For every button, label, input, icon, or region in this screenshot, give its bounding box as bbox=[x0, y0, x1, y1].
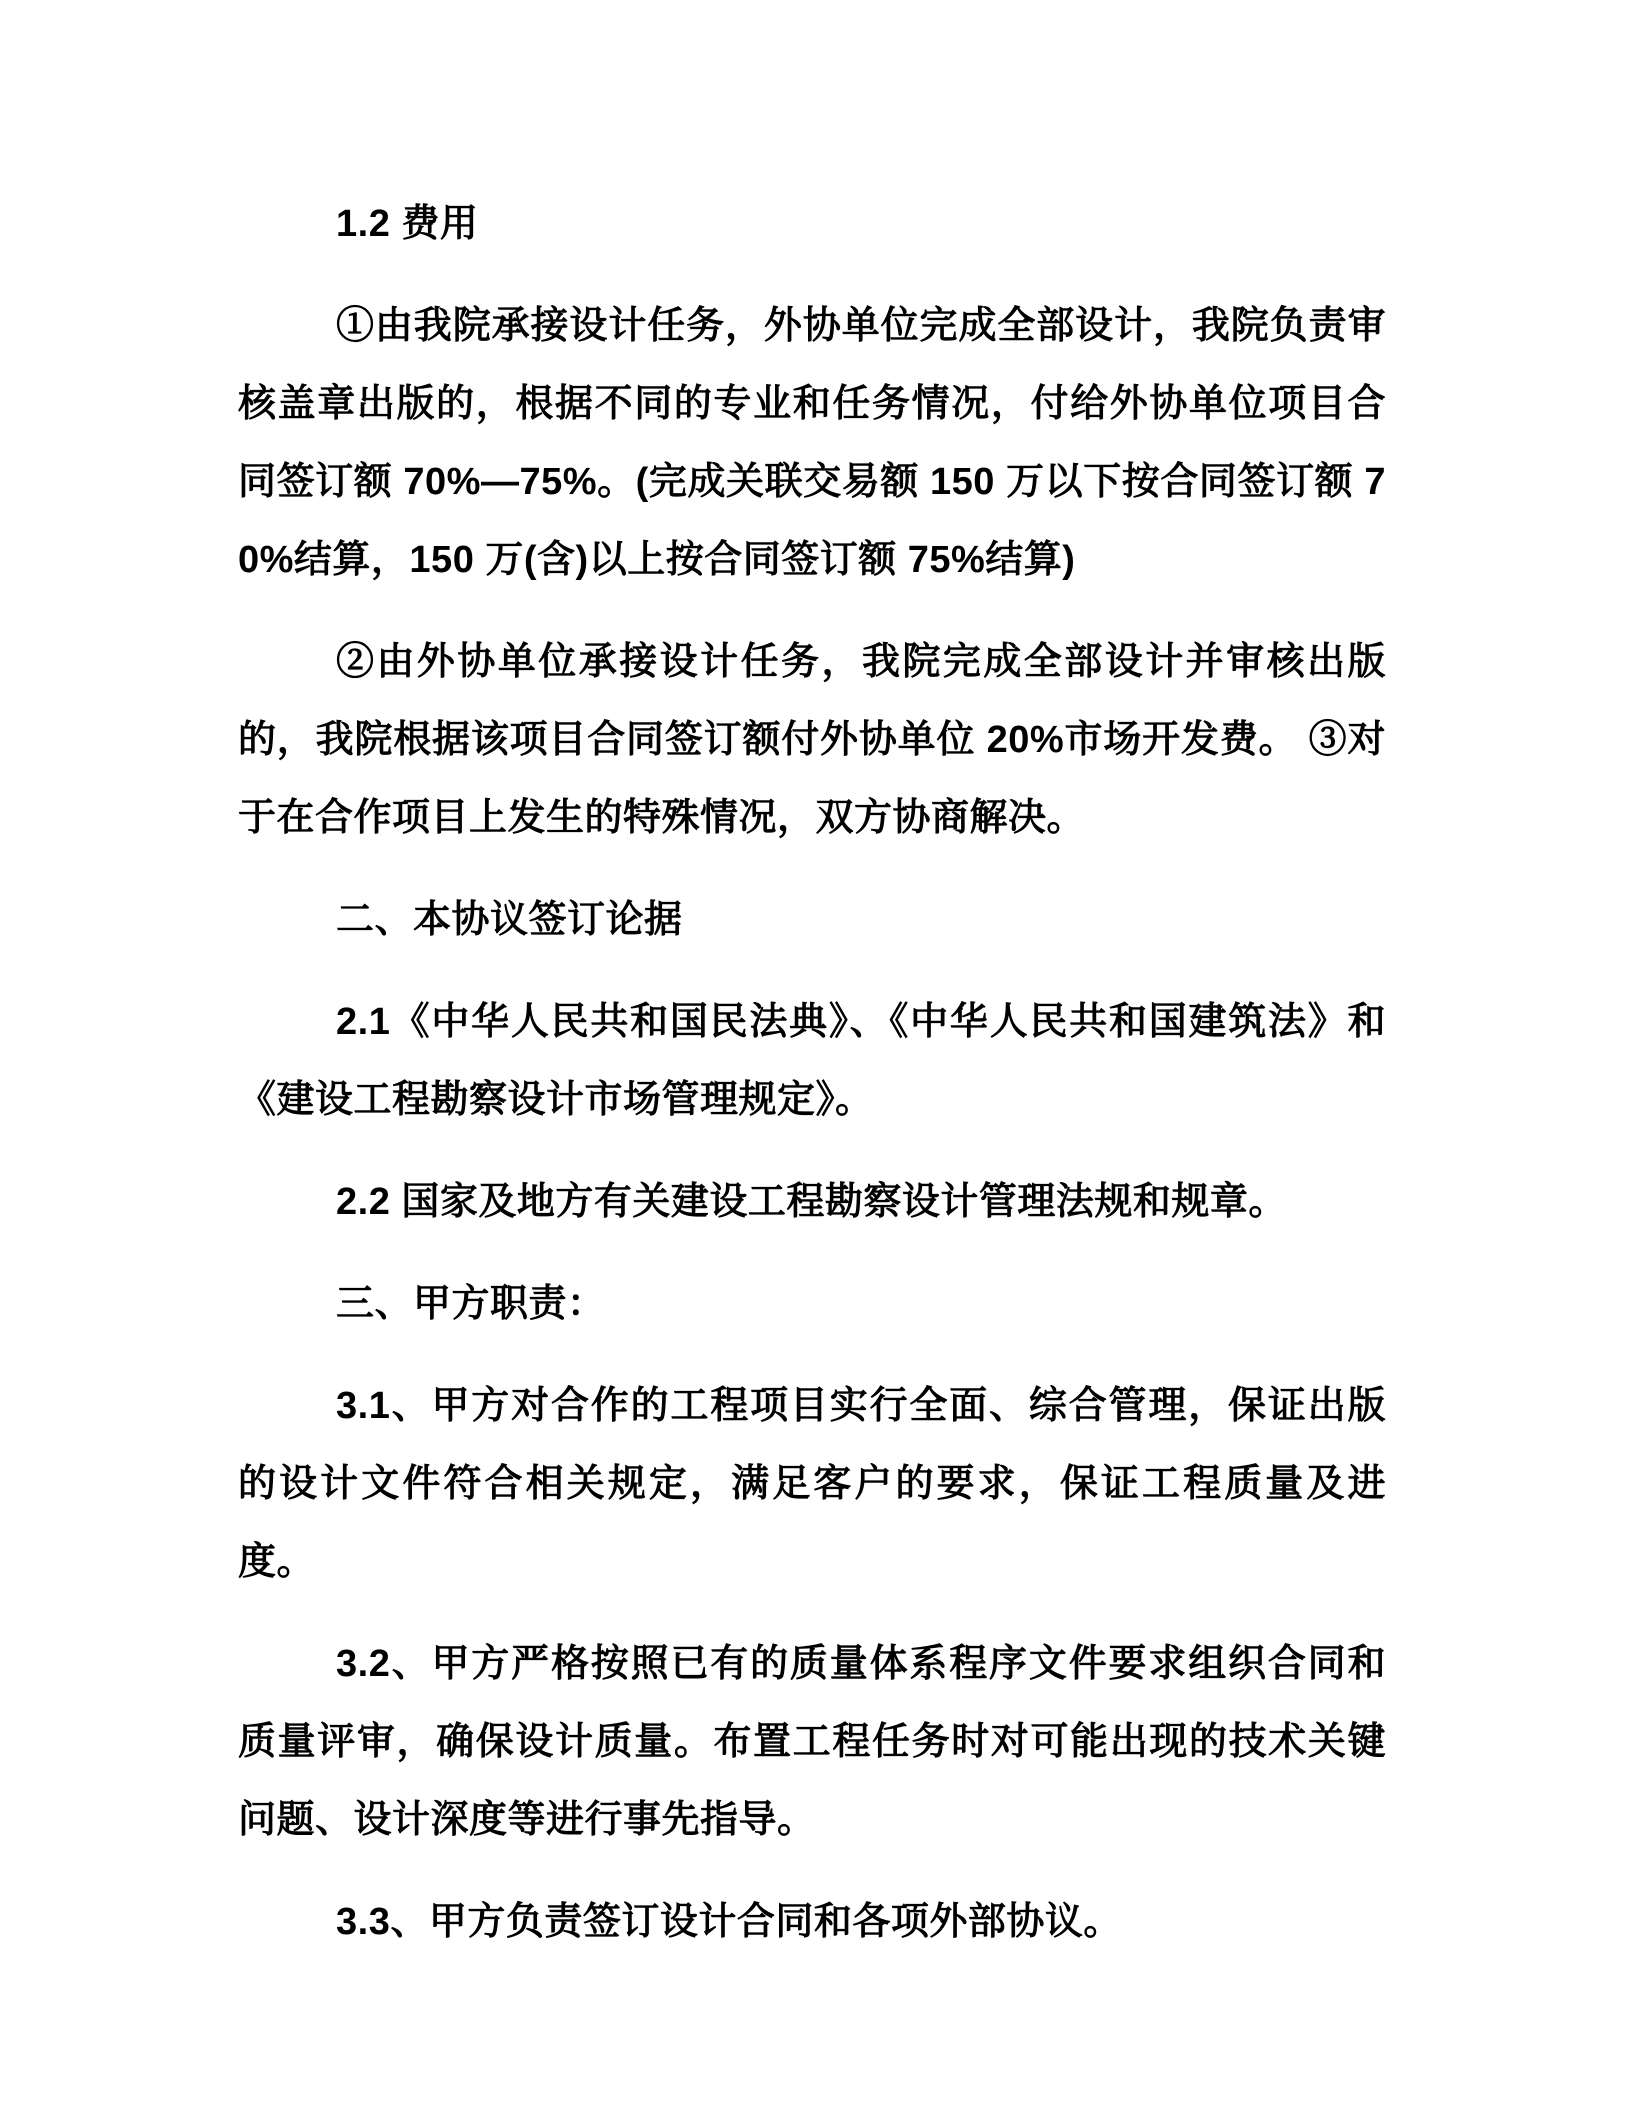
paragraph-duty-3-3: 3.3、甲方负责签订设计合同和各项外部协议。 bbox=[238, 1883, 1386, 1961]
heading-agreement-basis: 二、本协议签订论据 bbox=[238, 881, 1386, 959]
heading-party-a-duties: 三、甲方职责： bbox=[238, 1265, 1386, 1343]
paragraph-basis-2-2: 2.2 国家及地方有关建设工程勘察设计管理法规和规章。 bbox=[238, 1163, 1386, 1241]
paragraph-fee-term-2-3: ②由外协单位承接设计任务，我院完成全部设计并审核出版的，我院根据该项目合同签订额… bbox=[238, 623, 1386, 857]
paragraph-basis-2-1: 2.1《中华人民共和国民法典》、《中华人民共和国建筑法》和《建设工程勘察设计市场… bbox=[238, 983, 1386, 1139]
document-page: 1.2 费用 ①由我院承接设计任务，外协单位完成全部设计，我院负责审核盖章出版的… bbox=[0, 0, 1632, 2112]
document-text-block: 1.2 费用 ①由我院承接设计任务，外协单位完成全部设计，我院负责审核盖章出版的… bbox=[238, 185, 1386, 1985]
heading-fees: 1.2 费用 bbox=[238, 185, 1386, 263]
paragraph-fee-term-1: ①由我院承接设计任务，外协单位完成全部设计，我院负责审核盖章出版的，根据不同的专… bbox=[238, 287, 1386, 599]
paragraph-duty-3-2: 3.2、甲方严格按照已有的质量体系程序文件要求组织合同和质量评审，确保设计质量。… bbox=[238, 1625, 1386, 1859]
paragraph-duty-3-1: 3.1、甲方对合作的工程项目实行全面、综合管理，保证出版的设计文件符合相关规定，… bbox=[238, 1367, 1386, 1601]
